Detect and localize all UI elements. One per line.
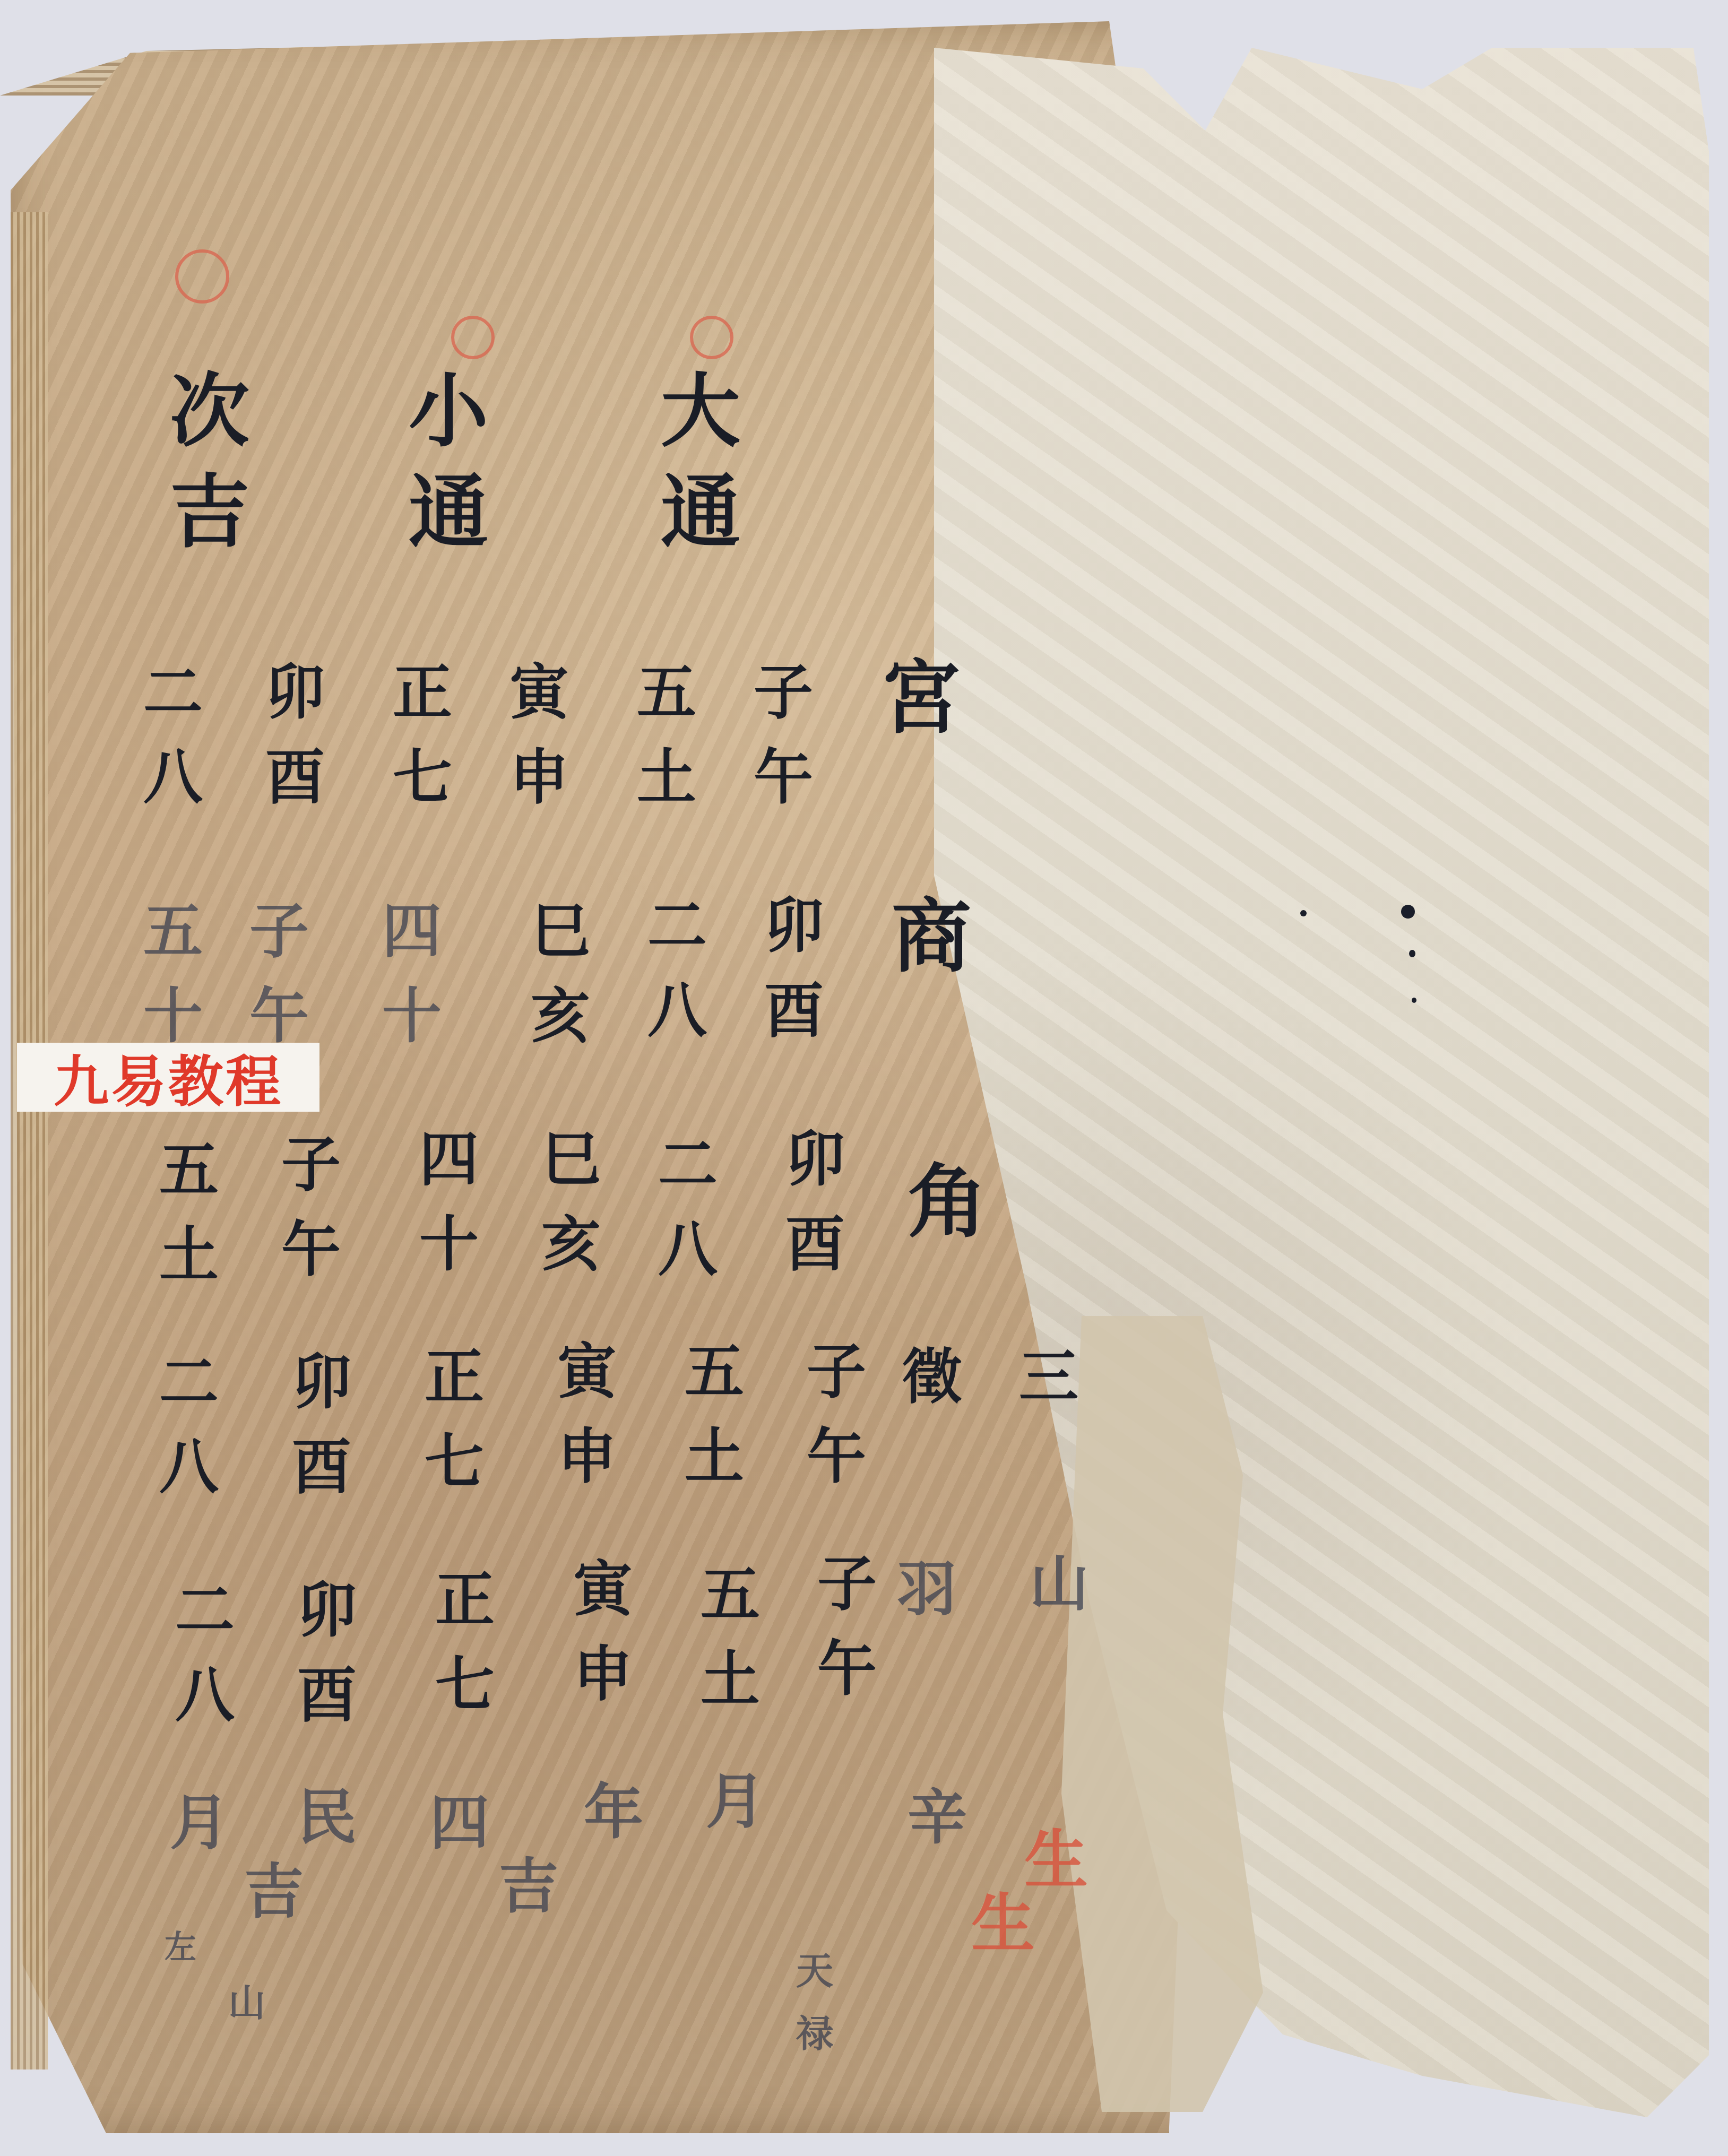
row-gong-cell: 五土 [637,663,696,808]
row-zhi-cell: 卯酉 [292,1353,351,1497]
bottom-char: 民 [297,1788,357,1848]
bottom-lower-char: 吉 [499,1857,558,1917]
bottom-note: 左 [165,1932,196,1963]
red-seal-mark [175,249,229,304]
row-yu-cell: 正七 [435,1571,495,1715]
row-gong-cell: 正七 [393,663,452,808]
red-seal-mark [451,316,495,359]
red-mark: 生 [971,1873,1035,1964]
row-shang-cell: 卯酉 [764,897,824,1041]
bottom-note: 天禄 [796,1953,833,2053]
row-label-zhi: 徵 [902,1348,962,1407]
row-jue-cell: 卯酉 [785,1130,845,1275]
ink-spot [1409,950,1415,957]
row-label-gong: 宮 [881,658,961,738]
row-yu-cell: 寅申 [573,1560,633,1704]
row-yu-cell: 二八 [175,1581,235,1726]
row-gong-cell: 子午 [754,663,813,808]
row-zhi-cell: 寅申 [557,1343,617,1487]
header-da-tong: 大 通 [661,371,740,552]
header-xiao-tong: 小 通 [409,371,488,552]
ink-spot [1300,910,1307,916]
row-zhi-cell: 正七 [425,1348,484,1492]
row-shang-cell: 五十 [143,902,203,1046]
row-gong-cell: 寅申 [509,663,569,808]
row-jue-cell: 二八 [658,1136,718,1280]
left-binding-edges [11,212,48,2070]
ink-spot [1401,905,1415,919]
row-jue-cell: 子午 [281,1136,341,1280]
ink-spot [1412,998,1416,1003]
bottom-char: 月 [170,1794,229,1853]
watermark-label: 九易教程 [17,1043,319,1112]
row-jue-cell: 五土 [159,1141,219,1285]
red-seal-mark [690,316,733,359]
header-ci-ji: 次 吉 [170,371,249,552]
row-zhi-cell: 二八 [159,1353,219,1497]
row-yu-cell: 五土 [701,1565,760,1710]
row-label-yu: 羽 [897,1560,956,1620]
bottom-lower-char: 吉 [244,1863,304,1922]
row-gong-cell: 卯酉 [265,663,325,808]
bottom-note: 山 [228,1985,265,2022]
row-shang-cell: 子午 [249,902,309,1046]
row-yu-side-mark: 山 [1030,1555,1089,1614]
manuscript-scan: 大 通 小 通 次 吉 宮 子午 五土 寅申 正七 卯酉 二八 商 卯酉 二八 … [0,0,1728,2156]
row-shang-cell: 巳亥 [531,902,590,1046]
row-yu-cell: 子午 [817,1555,877,1699]
row-zhi-cell: 子午 [807,1343,866,1487]
row-shang-cell: 四十 [382,902,442,1046]
row-yu-cell: 卯酉 [297,1581,357,1726]
row-shang-cell: 二八 [647,897,707,1041]
row-label-jue: 角 [908,1162,987,1242]
bottom-char: 四 [430,1794,489,1853]
bottom-char: 辛 [908,1788,967,1848]
row-zhi-cell: 五土 [685,1343,744,1487]
row-jue-cell: 巳亥 [541,1130,601,1275]
row-zhi-side-mark: 三 [1019,1348,1078,1407]
bottom-char: 年 [584,1783,643,1842]
row-label-shang: 商 [892,897,971,976]
bottom-char: 月 [706,1772,765,1832]
row-gong-cell: 二八 [143,663,203,808]
row-jue-cell: 四十 [419,1130,479,1275]
